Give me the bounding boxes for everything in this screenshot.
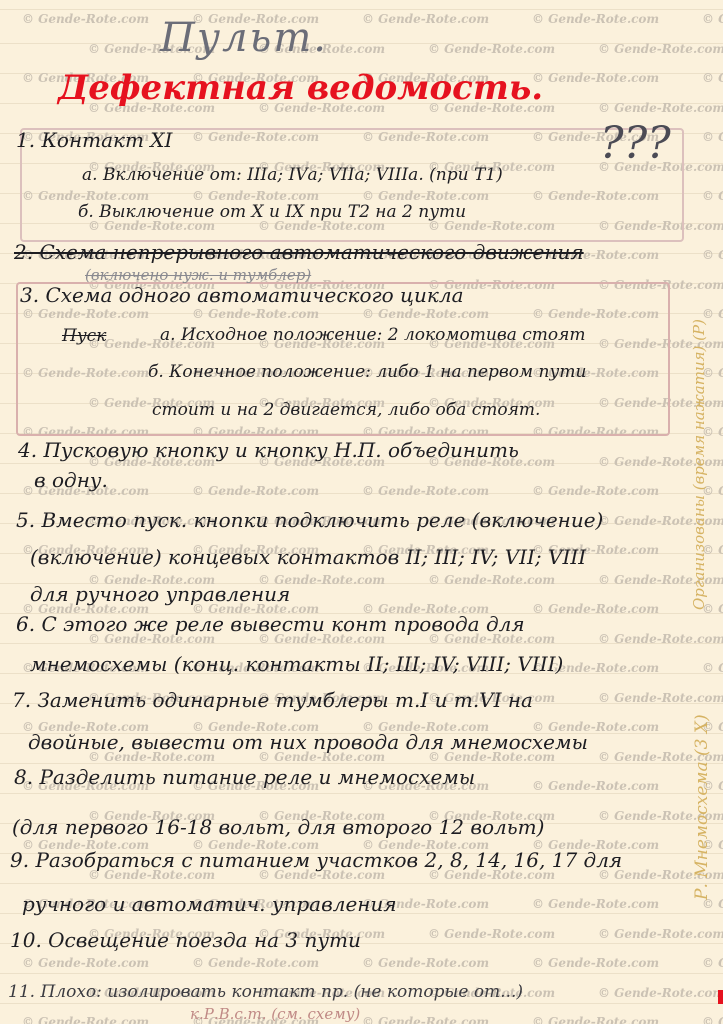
- margin-note-upper: Организованы (время нажатия) (Р): [690, 280, 708, 610]
- item-7: 7. Заменить одинарные тумблеры т.I и т.V…: [12, 688, 533, 712]
- margin-note-lower: Р. Мнемосхема (3 X): [692, 620, 712, 900]
- item-9: 9. Разобраться с питанием участков 2, 8,…: [10, 848, 622, 872]
- page-title-pencil: Пульт.: [160, 15, 328, 61]
- item-3a: а. Исходное положение: 2 локомотива стоя…: [160, 325, 586, 345]
- item-2-note: (включено нуж. и тумблер): [85, 266, 311, 284]
- item-4: 4. Пусковую кнопку и кнопку Н.П. объедин…: [18, 438, 519, 462]
- item-3b-cont: стоит и на 2 двигается, либо оба стоят.: [152, 400, 540, 420]
- item-8-cont: (для первого 16-18 вольт, для второго 12…: [12, 815, 544, 839]
- question-marks-annotation: ???: [600, 118, 671, 169]
- item-9-cont: ручного и автоматич. управления: [22, 892, 397, 916]
- item-2: 2. Схема непрерывного автоматического дв…: [14, 240, 584, 264]
- item-10: 10. Освещение поезда на 3 пути: [10, 928, 361, 952]
- item-11-cont: к.Р.В.с.т. (см. схему): [190, 1005, 360, 1023]
- item-6-cont: мнемосхемы (конц. контакты II; III; IV; …: [30, 652, 563, 676]
- item-11: 11. Плохо: изолировать контакт пр. (не к…: [8, 982, 523, 1002]
- item-1: 1. Контакт XI: [16, 128, 172, 152]
- item-5: 5. Вместо пуск. кнопки подключить реле (…: [16, 508, 603, 532]
- item-3-struck: Пуск: [62, 326, 106, 346]
- item-1a: а. Включение от: IIIа; IVа; VIIа; VIIIа.…: [82, 165, 503, 185]
- item-6: 6. С этого же реле вывести конт провода …: [16, 612, 525, 636]
- item-3: 3. Схема одного автоматического цикла: [20, 283, 464, 307]
- item-5-cont2: для ручного управления: [30, 582, 290, 606]
- page-title-red: Дефектная ведомость.: [58, 68, 543, 108]
- item-5-cont: (включение) концевых контактов II; III; …: [30, 545, 586, 569]
- red-ink-mark: [718, 990, 723, 1004]
- item-3b: б. Конечное положение: либо 1 на первом …: [148, 362, 586, 382]
- item-4-cont: в одну.: [34, 468, 108, 492]
- item-8: 8. Разделить питание реле и мнемосхемы: [14, 765, 475, 789]
- item-1b: б. Выключение от X и IX при Т2 на 2 пути: [78, 202, 466, 222]
- item-7-cont: двойные, вывести от них провода для мнем…: [28, 730, 588, 754]
